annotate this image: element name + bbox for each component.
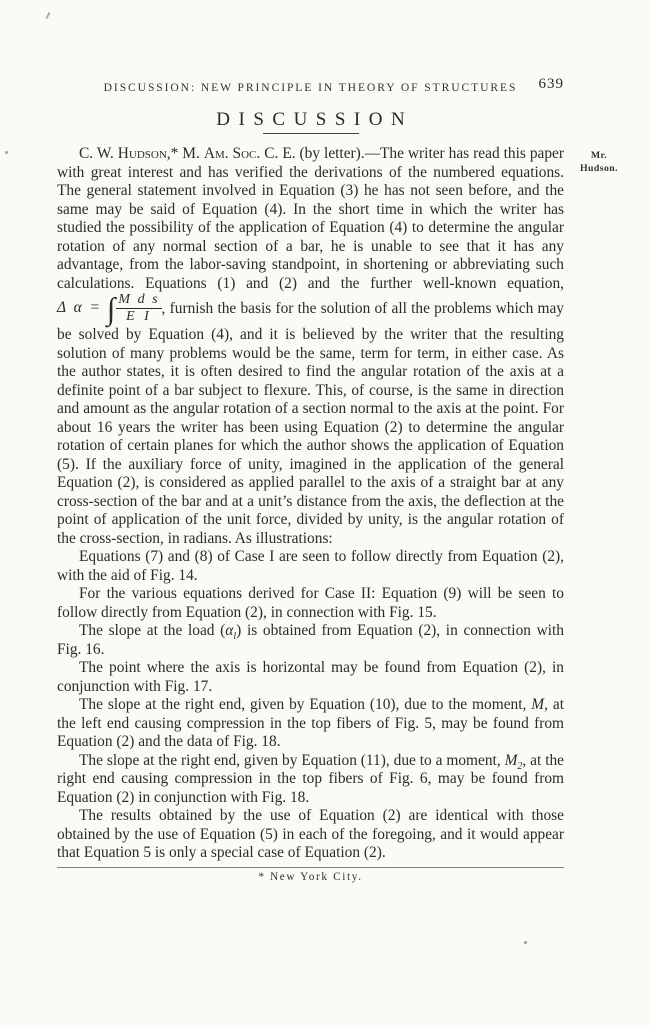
fraction-denominator: E I	[116, 309, 161, 325]
author-name: Hudson	[118, 145, 167, 162]
paragraph-5: The point where the axis is horizontal m…	[57, 659, 564, 696]
equation-lhs: Δ α =	[57, 299, 102, 318]
fraction-numerator: M d s	[116, 292, 161, 309]
page-number: 639	[539, 76, 565, 93]
scan-speck	[45, 12, 50, 19]
author-prefix: C. W.	[79, 145, 118, 162]
footnote: * New York City.	[57, 867, 564, 883]
equation-inline: Δ α =∫M d sE I	[57, 292, 162, 325]
paragraph-4-text-a: The slope at the load (	[79, 622, 225, 639]
moment-symbol: M	[531, 696, 544, 713]
paragraph-6-text-a: The slope at the right end, given by Equ…	[79, 696, 531, 713]
integral-sign: ∫	[107, 294, 116, 324]
body-text: C. W. Hudson,* M. Am. Soc. C. E. (by let…	[57, 145, 564, 863]
paragraph-8: The results obtained by the use of Equat…	[57, 807, 564, 863]
paragraph-1: C. W. Hudson,* M. Am. Soc. C. E. (by let…	[57, 145, 564, 548]
paragraph-3: For the various equations derived for Ca…	[57, 585, 564, 622]
margin-note: Mr. Hudson.	[568, 150, 630, 175]
paragraph-6: The slope at the right end, given by Equ…	[57, 696, 564, 752]
paragraph-7-text-a: The slope at the right end, given by Equ…	[79, 752, 505, 769]
section-title: DISCUSSION	[57, 109, 564, 131]
footnote-text: * New York City.	[57, 871, 564, 883]
scan-speck	[5, 151, 8, 154]
paragraph-2: Equations (7) and (8) of Case I are seen…	[57, 548, 564, 585]
paragraph-1-text-a: C. E. (by letter).—The writer has read t…	[57, 145, 564, 292]
footnote-rule	[57, 867, 564, 868]
paragraph-4: The slope at the load (αl) is obtained f…	[57, 622, 564, 659]
scan-speck	[524, 941, 527, 944]
author-sep: ,* M.	[167, 145, 204, 162]
author-society: Am. Soc.	[204, 145, 260, 162]
margin-note-line-1: Mr.	[568, 150, 630, 163]
moment2-symbol: M	[505, 752, 518, 769]
paragraph-1-text-b: , furnish the basis for the solution of …	[57, 300, 564, 546]
running-header: DISCUSSION: NEW PRINCIPLE IN THEORY OF S…	[57, 78, 564, 93]
paragraph-7: The slope at the right end, given by Equ…	[57, 752, 564, 808]
margin-note-line-2: Hudson.	[568, 163, 630, 176]
title-underline	[263, 133, 359, 134]
equation-fraction: M d sE I	[116, 292, 161, 325]
scanned-page: DISCUSSION: NEW PRINCIPLE IN THEORY OF S…	[0, 0, 650, 1028]
running-header-text: DISCUSSION: NEW PRINCIPLE IN THEORY OF S…	[104, 81, 518, 94]
